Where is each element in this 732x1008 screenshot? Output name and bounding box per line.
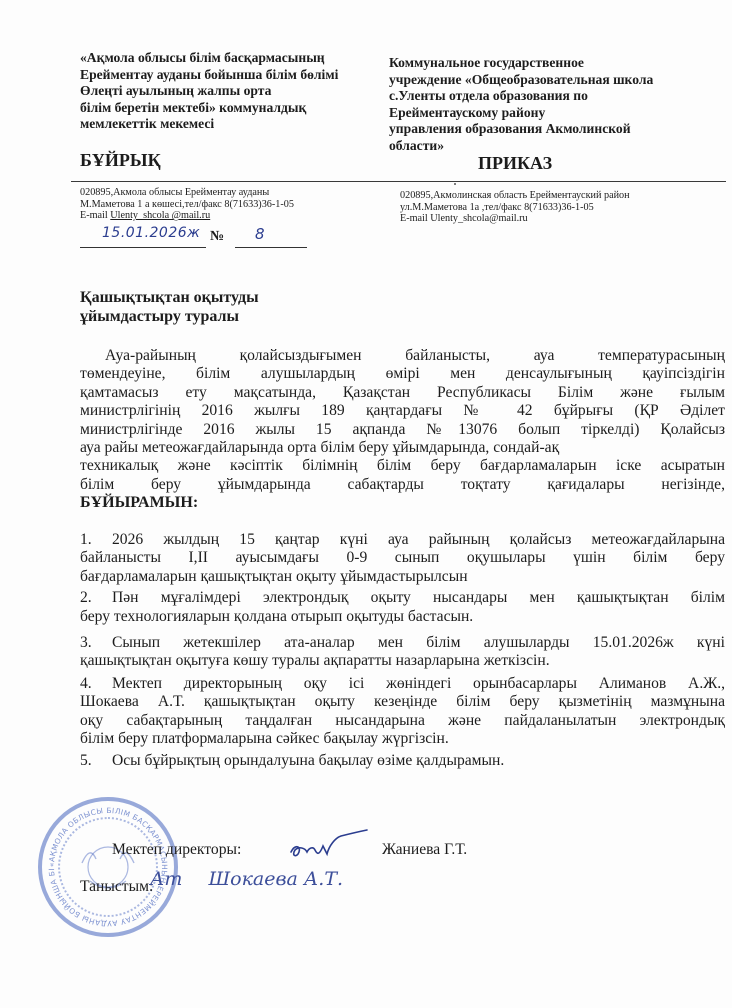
order-item-line: 3.Сынып жетекшілер ата-аналар мен білім … (80, 634, 725, 652)
preamble-line: төмендеуіне, білім алушылардың өмірі мен… (80, 365, 725, 383)
order-item-line: білім беру платформаларына сәйкес бақыла… (80, 730, 725, 748)
order-item-number: 4. (80, 675, 112, 693)
acquainted-initials-handwritten: Ат (150, 868, 182, 890)
acquainted-label: Таныстым: (80, 878, 153, 896)
org-name-kz-line: Өлеңті ауылының жалпы орта (80, 83, 400, 100)
org-name-kz-line: мемлекеттік мекемесі (80, 116, 400, 133)
order-item-number: 5. (80, 752, 112, 770)
order-item-2: 2.Пән мұғалімдері электрондық оқыту ныса… (80, 589, 725, 626)
order-item-number: 2. (80, 589, 112, 607)
preamble-line: техникалық және кәсіптік білімнің білім … (80, 457, 725, 475)
address-ru-line1: 020895,Акмолинская область Ерейментауски… (400, 190, 630, 202)
org-name-ru-line: области» (389, 138, 719, 155)
director-label: Мектеп директоры: (112, 841, 241, 859)
preamble-paragraph: Ауа-райының қолайсыздығымен байланысты, … (80, 347, 725, 513)
document-title-kz: БҰЙРЫҚ (80, 150, 161, 171)
email-label: E-mail (80, 210, 110, 221)
scan-speck (454, 183, 456, 185)
order-item-line: беру технологияларын қолдана отырып оқыт… (80, 608, 725, 626)
preamble-line: ауа райы метеожағдайларында орта білім б… (80, 439, 725, 457)
order-item-1: 1.2026 жылдың 15 қаңтар күні ауа райының… (80, 531, 725, 586)
preamble-line: Ауа-райының қолайсыздығымен байланысты, … (80, 347, 725, 365)
order-item-3: 3.Сынып жетекшілер ата-аналар мен білім … (80, 634, 725, 671)
order-item-number: 3. (80, 634, 112, 652)
address-kz-line2: М.Маметова 1 а көшесі,тел/факс 8(71633)3… (80, 199, 294, 211)
preamble-line: министрлігінде 2016 жылы 15 ақпанда №130… (80, 421, 725, 439)
order-item-line: 4.Мектеп директорының оқу ісі жөніндегі … (80, 675, 725, 693)
address-kz: 020895,Акмола облысы Ерейментау ауданы М… (80, 187, 294, 222)
order-item-line: бағдарламаларын қашықтықтан оқыту ұйымда… (80, 568, 725, 586)
org-name-ru-line: с.Уленты отдела образования по (389, 88, 719, 105)
org-name-kz-line: «Ақмола облысы білім басқармасының (80, 50, 400, 67)
acquainted-handwritten-signature: Ат Шокаева А.Т. (150, 868, 343, 890)
org-name-ru-line: Ерейментаускому району (389, 105, 719, 122)
order-item-5: 5.Осы бұйрықтың орындалуына бақылау өзім… (80, 752, 725, 770)
order-date-field: 15.01.2026ж (80, 227, 206, 248)
order-items-list: 1.2026 жылдың 15 қаңтар күні ауа райының… (80, 531, 725, 771)
header-divider (71, 181, 726, 182)
order-date-number-row: 15.01.2026ж № 8 (80, 227, 310, 249)
order-number-label: № (210, 229, 224, 245)
org-name-ru-line: управления образования Акмолинской (389, 121, 719, 138)
director-signature-icon (285, 826, 375, 862)
order-number-handwritten: 8 (255, 225, 265, 243)
order-item-number: 1. (80, 531, 112, 549)
preamble-line: білім беру ұйымдарында сабақтарды тоқтат… (80, 476, 725, 494)
org-name-kz-line: білім беретін мектебі» коммуналдық (80, 100, 400, 117)
order-item-line: қашықтықтан оқытуға көшу туралы ақпаратт… (80, 652, 725, 670)
address-kz-email-row: E-mail Ulenty_shcola @mail.ru (80, 210, 294, 222)
address-kz-line1: 020895,Акмола облысы Ерейментау ауданы (80, 187, 294, 199)
order-date-handwritten: 15.01.2026ж (102, 225, 200, 241)
preamble-line: министрлігінің 2016 жылғы 189 қаңтардағы… (80, 402, 725, 420)
order-item-line: оқу сабақтарының таңдалған нысандарына ж… (80, 712, 725, 730)
org-name-kz-line: Ерейментау ауданы бойынша білім бөлімі (80, 67, 400, 84)
stamp-inner-ring (58, 817, 158, 917)
order-directive-word: БҰЙЫРАМЫН: (80, 494, 725, 512)
order-item-line: 2.Пән мұғалімдері электрондық оқыту ныса… (80, 589, 725, 607)
order-subject: Қашықтықтан оқытуды ұйымдастыру туралы (80, 288, 259, 326)
document-title-ru: ПРИКАЗ (478, 153, 552, 174)
org-name-ru: Коммунальное государственное учреждение … (389, 55, 719, 155)
org-name-ru-line: Коммунальное государственное (389, 55, 719, 72)
order-subject-line2: ұйымдастыру туралы (80, 307, 259, 326)
org-name-kz: «Ақмола облысы білім басқармасының Ерейм… (80, 50, 400, 133)
order-subject-line1: Қашықтықтан оқытуды (80, 288, 259, 307)
acquainted-name-handwritten: Шокаева А.Т. (208, 868, 343, 890)
preamble-line: қамтамасыз ету мақсатында, Қазақстан Рес… (80, 384, 725, 402)
order-item-line: Шокаева А.Т. қашықтықтан оқыту кезеңінде… (80, 693, 725, 711)
order-item-line: 5.Осы бұйрықтың орындалуына бақылау өзім… (80, 752, 725, 770)
address-ru-email: E-mail Ulenty_shcola@mail.ru (400, 213, 630, 225)
email-link[interactable]: Ulenty_shcola @mail.ru (110, 210, 210, 221)
order-item-line: 1.2026 жылдың 15 қаңтар күні ауа райының… (80, 531, 725, 549)
address-ru: 020895,Акмолинская область Ерейментауски… (400, 190, 630, 225)
address-ru-line2: ул.М.Маметова 1а ,тел/факс 8(71633)36-1-… (400, 202, 630, 214)
order-number-field: 8 (235, 227, 307, 248)
director-name: Жаниева Г.Т. (382, 841, 467, 859)
org-name-ru-line: учреждение «Общеобразовательная школа (389, 72, 719, 89)
order-item-4: 4.Мектеп директорының оқу ісі жөніндегі … (80, 675, 725, 749)
order-item-line: байланысты І,ІІ ауысымдағы 0-9 сынып оқу… (80, 549, 725, 567)
official-stamp: «АҚМОЛА ОБЛЫСЫ БІЛІМ БАСҚАРМАСЫНЫҢ ЕРЕЙМ… (38, 797, 178, 937)
